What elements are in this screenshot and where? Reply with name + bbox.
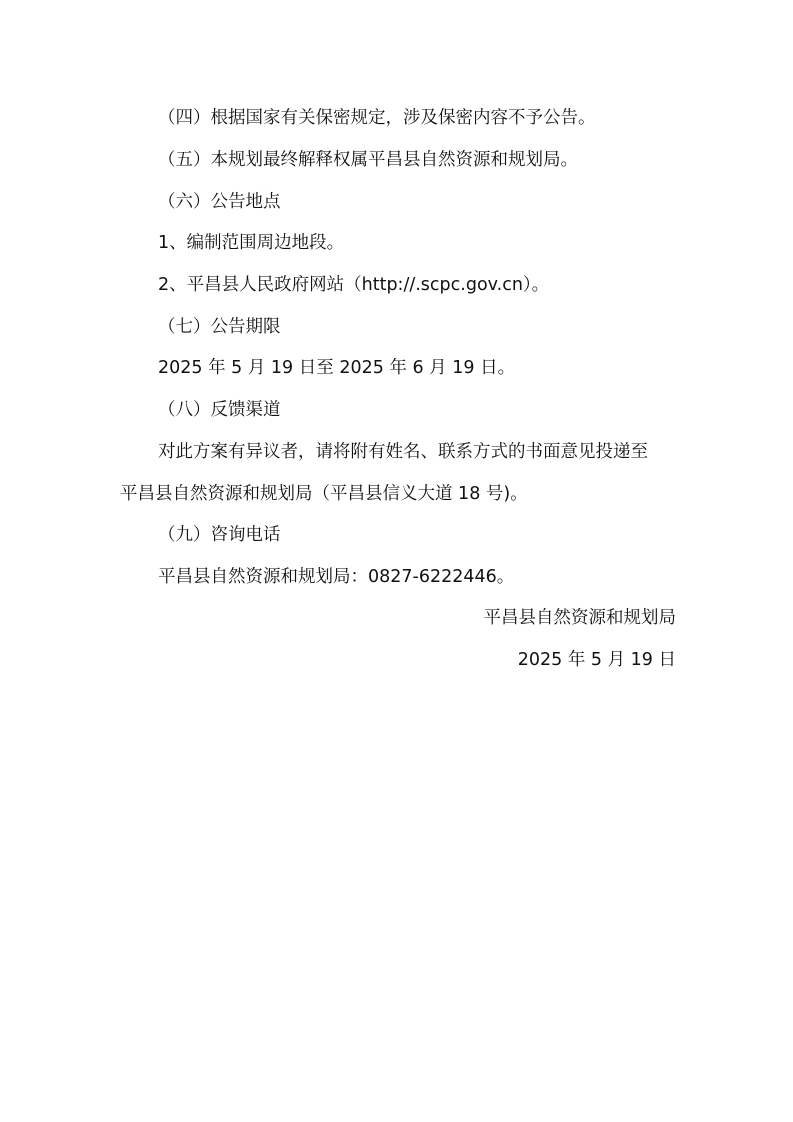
signature-organization: 平昌县自然资源和规划局	[120, 606, 676, 630]
signature-date: 2025 年 5 月 19 日	[120, 648, 676, 672]
contact-phone: 平昌县自然资源和规划局：0827-6222446。	[120, 565, 714, 589]
section-4-text: （四）根据国家有关保密规定，涉及保密内容不予公告。	[120, 106, 714, 130]
section-9-heading: （九）咨询电话	[120, 523, 714, 547]
feedback-text-line-2: 平昌县自然资源和规划局（平昌县信义大道 18 号)。	[120, 482, 676, 506]
section-8-heading: （八）反馈渠道	[120, 398, 714, 422]
feedback-text-line-1: 对此方案有异议者，请将附有姓名、联系方式的书面意见投递至	[120, 440, 714, 464]
notice-period: 2025 年 5 月 19 日至 2025 年 6 月 19 日。	[120, 356, 714, 380]
section-5-text: （五）本规划最终解释权属平昌县自然资源和规划局。	[120, 148, 714, 172]
location-item-1: 1、编制范围周边地段。	[120, 231, 714, 255]
section-6-heading: （六）公告地点	[120, 190, 714, 214]
section-7-heading: （七）公告期限	[120, 315, 714, 339]
location-item-2: 2、平昌县人民政府网站（http://.scpc.gov.cn）。	[120, 273, 714, 297]
